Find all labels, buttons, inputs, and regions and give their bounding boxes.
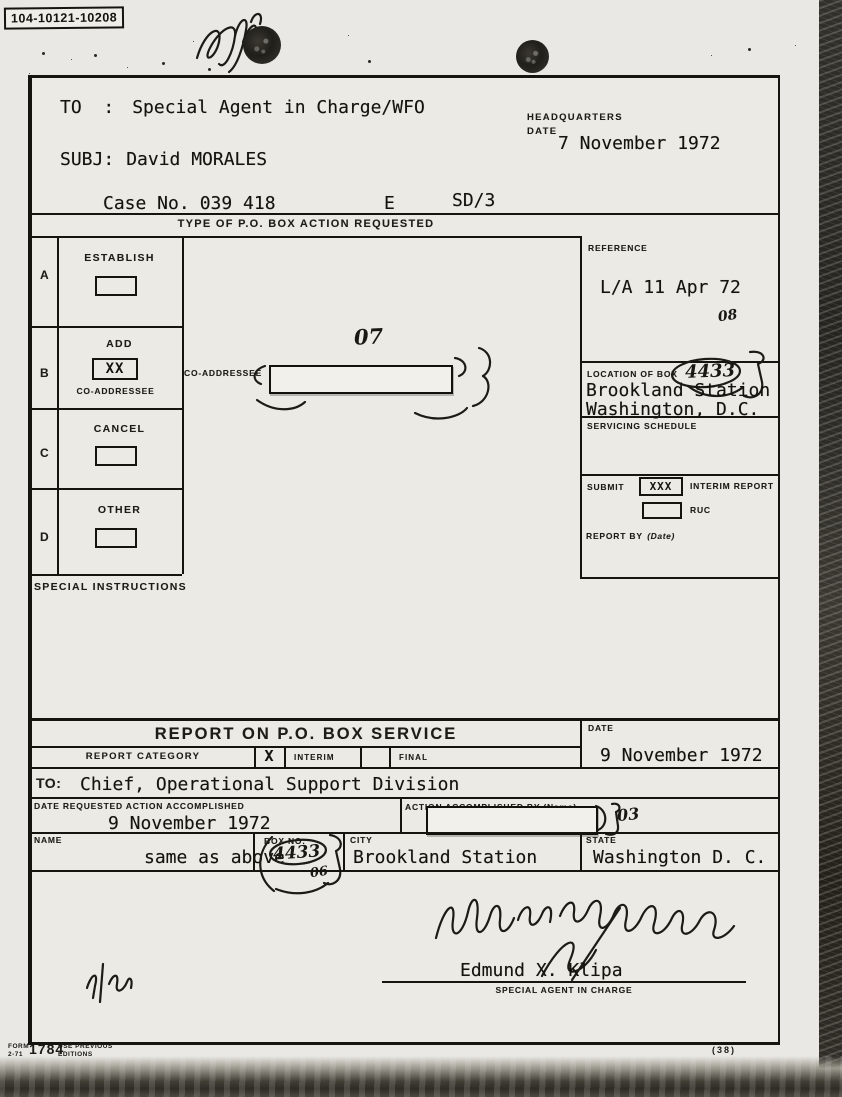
case-label: Case No. bbox=[103, 194, 190, 214]
add-checkbox: XX bbox=[92, 358, 138, 380]
cancel-checkbox bbox=[95, 446, 137, 466]
special-instructions-label: SPECIAL INSTRUCTIONS bbox=[34, 581, 187, 593]
grid-row-line-bc bbox=[32, 408, 182, 410]
rule-accomplished-top bbox=[32, 797, 778, 799]
scanned-document-page: 104-10121-10208 TO : Special Agent in Ch… bbox=[0, 0, 842, 1097]
name-label: NAME bbox=[34, 835, 62, 845]
redaction-bar-action-by bbox=[426, 806, 598, 835]
rule-report-top bbox=[32, 718, 778, 721]
case-value: 039 418 bbox=[200, 194, 276, 214]
scan-edge-right-band bbox=[819, 0, 842, 1097]
handwritten-03: 03 bbox=[616, 804, 640, 825]
grid-line-letters bbox=[57, 236, 59, 574]
report-date-label: DATE bbox=[588, 723, 614, 733]
ink-stamp bbox=[243, 26, 281, 64]
report-to-value: Chief, Operational Support Division bbox=[80, 775, 459, 795]
submit-label: SUBMIT bbox=[587, 482, 624, 492]
rule-category-bottom bbox=[32, 767, 778, 769]
date-box-divider bbox=[580, 718, 582, 768]
accomplished-label: DATE REQUESTED ACTION ACCOMPLISHED bbox=[34, 801, 245, 811]
headquarters-label: HEADQUARTERS bbox=[527, 112, 623, 123]
rule-category-top bbox=[32, 746, 580, 748]
cat-line-2 bbox=[284, 746, 286, 767]
add-sublabel: CO-ADDRESSEE bbox=[48, 386, 183, 396]
report-date-value: 9 November 1972 bbox=[600, 746, 763, 766]
reference-value: L/A 11 Apr 72 bbox=[600, 278, 741, 298]
report-to-label: TO: bbox=[36, 775, 61, 791]
case-e: E bbox=[384, 194, 395, 214]
city-value: Brookland Station bbox=[353, 848, 537, 868]
interim-report-label: INTERIM REPORT bbox=[690, 481, 774, 491]
report-category-label: REPORT CATEGORY bbox=[32, 751, 254, 762]
date-value: 7 November 1972 bbox=[558, 134, 721, 154]
footer-form-word-text: FORM bbox=[8, 1043, 29, 1051]
grid-row-line-ab bbox=[32, 326, 182, 328]
signed-title: SPECIAL AGENT IN CHARGE bbox=[382, 985, 746, 995]
ink-stamp-2 bbox=[516, 40, 549, 73]
servicing-label: SERVICING SCHEDULE bbox=[587, 421, 697, 431]
handwritten-circle-boxno bbox=[254, 831, 354, 897]
to-line: TO : Special Agent in Charge/WFO bbox=[60, 98, 425, 118]
case-line: Case No. 039 418 bbox=[103, 194, 276, 214]
report-by-line: REPORT BY (Date) bbox=[586, 526, 675, 544]
state-divider bbox=[580, 832, 582, 870]
city-divider bbox=[343, 832, 345, 870]
handwritten-marks-around-bar bbox=[227, 318, 527, 433]
ruc-checkbox bbox=[642, 502, 682, 519]
signature-underline bbox=[382, 981, 746, 983]
city-label: CITY bbox=[350, 835, 373, 845]
cancel-label: CANCEL bbox=[57, 423, 182, 435]
add-label: ADD bbox=[57, 338, 182, 350]
other-label: OTHER bbox=[57, 504, 182, 516]
request-section-title: TYPE OF P.O. BOX ACTION REQUESTED bbox=[32, 218, 580, 230]
grid-row-line-cd bbox=[32, 488, 182, 490]
establish-checkbox bbox=[95, 276, 137, 296]
cat-line-4 bbox=[389, 746, 391, 767]
footer-use-line1: USE PREVIOUS bbox=[58, 1043, 113, 1051]
rule-submit-top bbox=[580, 474, 778, 476]
location-line1: Brookland Station bbox=[586, 381, 770, 401]
handwritten-initials bbox=[77, 956, 139, 1008]
rule-rightcol-bottom bbox=[580, 577, 778, 579]
subj-value: David MORALES bbox=[126, 150, 267, 170]
interim-mark: X bbox=[254, 748, 284, 765]
form-body: TO : Special Agent in Charge/WFO HEADQUA… bbox=[28, 75, 780, 1045]
subj-label: SUBJ: bbox=[60, 150, 114, 170]
row-d-letter: D bbox=[40, 530, 50, 544]
rule-under-request-title bbox=[32, 236, 580, 238]
handwritten-08: 08 bbox=[717, 307, 739, 326]
scan-speckles bbox=[42, 52, 45, 55]
establish-label: ESTABLISH bbox=[57, 252, 182, 264]
document-id-stamp: 104-10121-10208 bbox=[4, 6, 124, 29]
subj-line: SUBJ: David MORALES bbox=[60, 150, 267, 170]
row-c-letter: C bbox=[40, 446, 50, 460]
report-by-label: REPORT BY bbox=[586, 531, 643, 541]
report-by-date-label: (Date) bbox=[647, 531, 675, 541]
date-label: DATE bbox=[527, 126, 557, 137]
grid-line-actions bbox=[182, 236, 184, 574]
interim-report-checkbox: XXX bbox=[639, 477, 683, 496]
rule-under-case bbox=[32, 213, 778, 215]
footer-page-code: (38) bbox=[712, 1045, 736, 1055]
reference-label: REFERENCE bbox=[588, 243, 648, 253]
rule-servicing-top bbox=[580, 416, 778, 418]
to-label: TO : bbox=[60, 98, 114, 118]
row-a-letter: A bbox=[40, 268, 50, 282]
row-b-letter: B bbox=[40, 366, 50, 380]
report-section-title: REPORT ON P.O. BOX SERVICE bbox=[32, 725, 580, 744]
document-id-text: 104-10121-10208 bbox=[11, 10, 117, 25]
signed-name: Edmund X. Klipa bbox=[460, 961, 623, 981]
rule-name-top bbox=[32, 832, 778, 834]
accomplished-divider bbox=[400, 797, 402, 832]
ruc-label: RUC bbox=[690, 505, 711, 515]
final-label: FINAL bbox=[399, 753, 428, 762]
accomplished-value: 9 November 1972 bbox=[108, 814, 271, 834]
state-label: STATE bbox=[586, 835, 617, 845]
interim-label: INTERIM bbox=[294, 753, 335, 762]
grid-line-rightcol bbox=[580, 236, 582, 578]
scan-edge-bottom-band bbox=[0, 1056, 842, 1097]
other-checkbox bbox=[95, 528, 137, 548]
grid-row-line-bottom bbox=[32, 574, 182, 576]
cat-line-3 bbox=[360, 746, 362, 767]
location-label: LOCATION OF BOX bbox=[587, 369, 678, 379]
rule-name-bottom bbox=[32, 870, 778, 872]
state-value: Washington D. C. bbox=[593, 848, 766, 868]
case-sd: SD/3 bbox=[452, 191, 495, 211]
to-value: Special Agent in Charge/WFO bbox=[132, 98, 425, 118]
